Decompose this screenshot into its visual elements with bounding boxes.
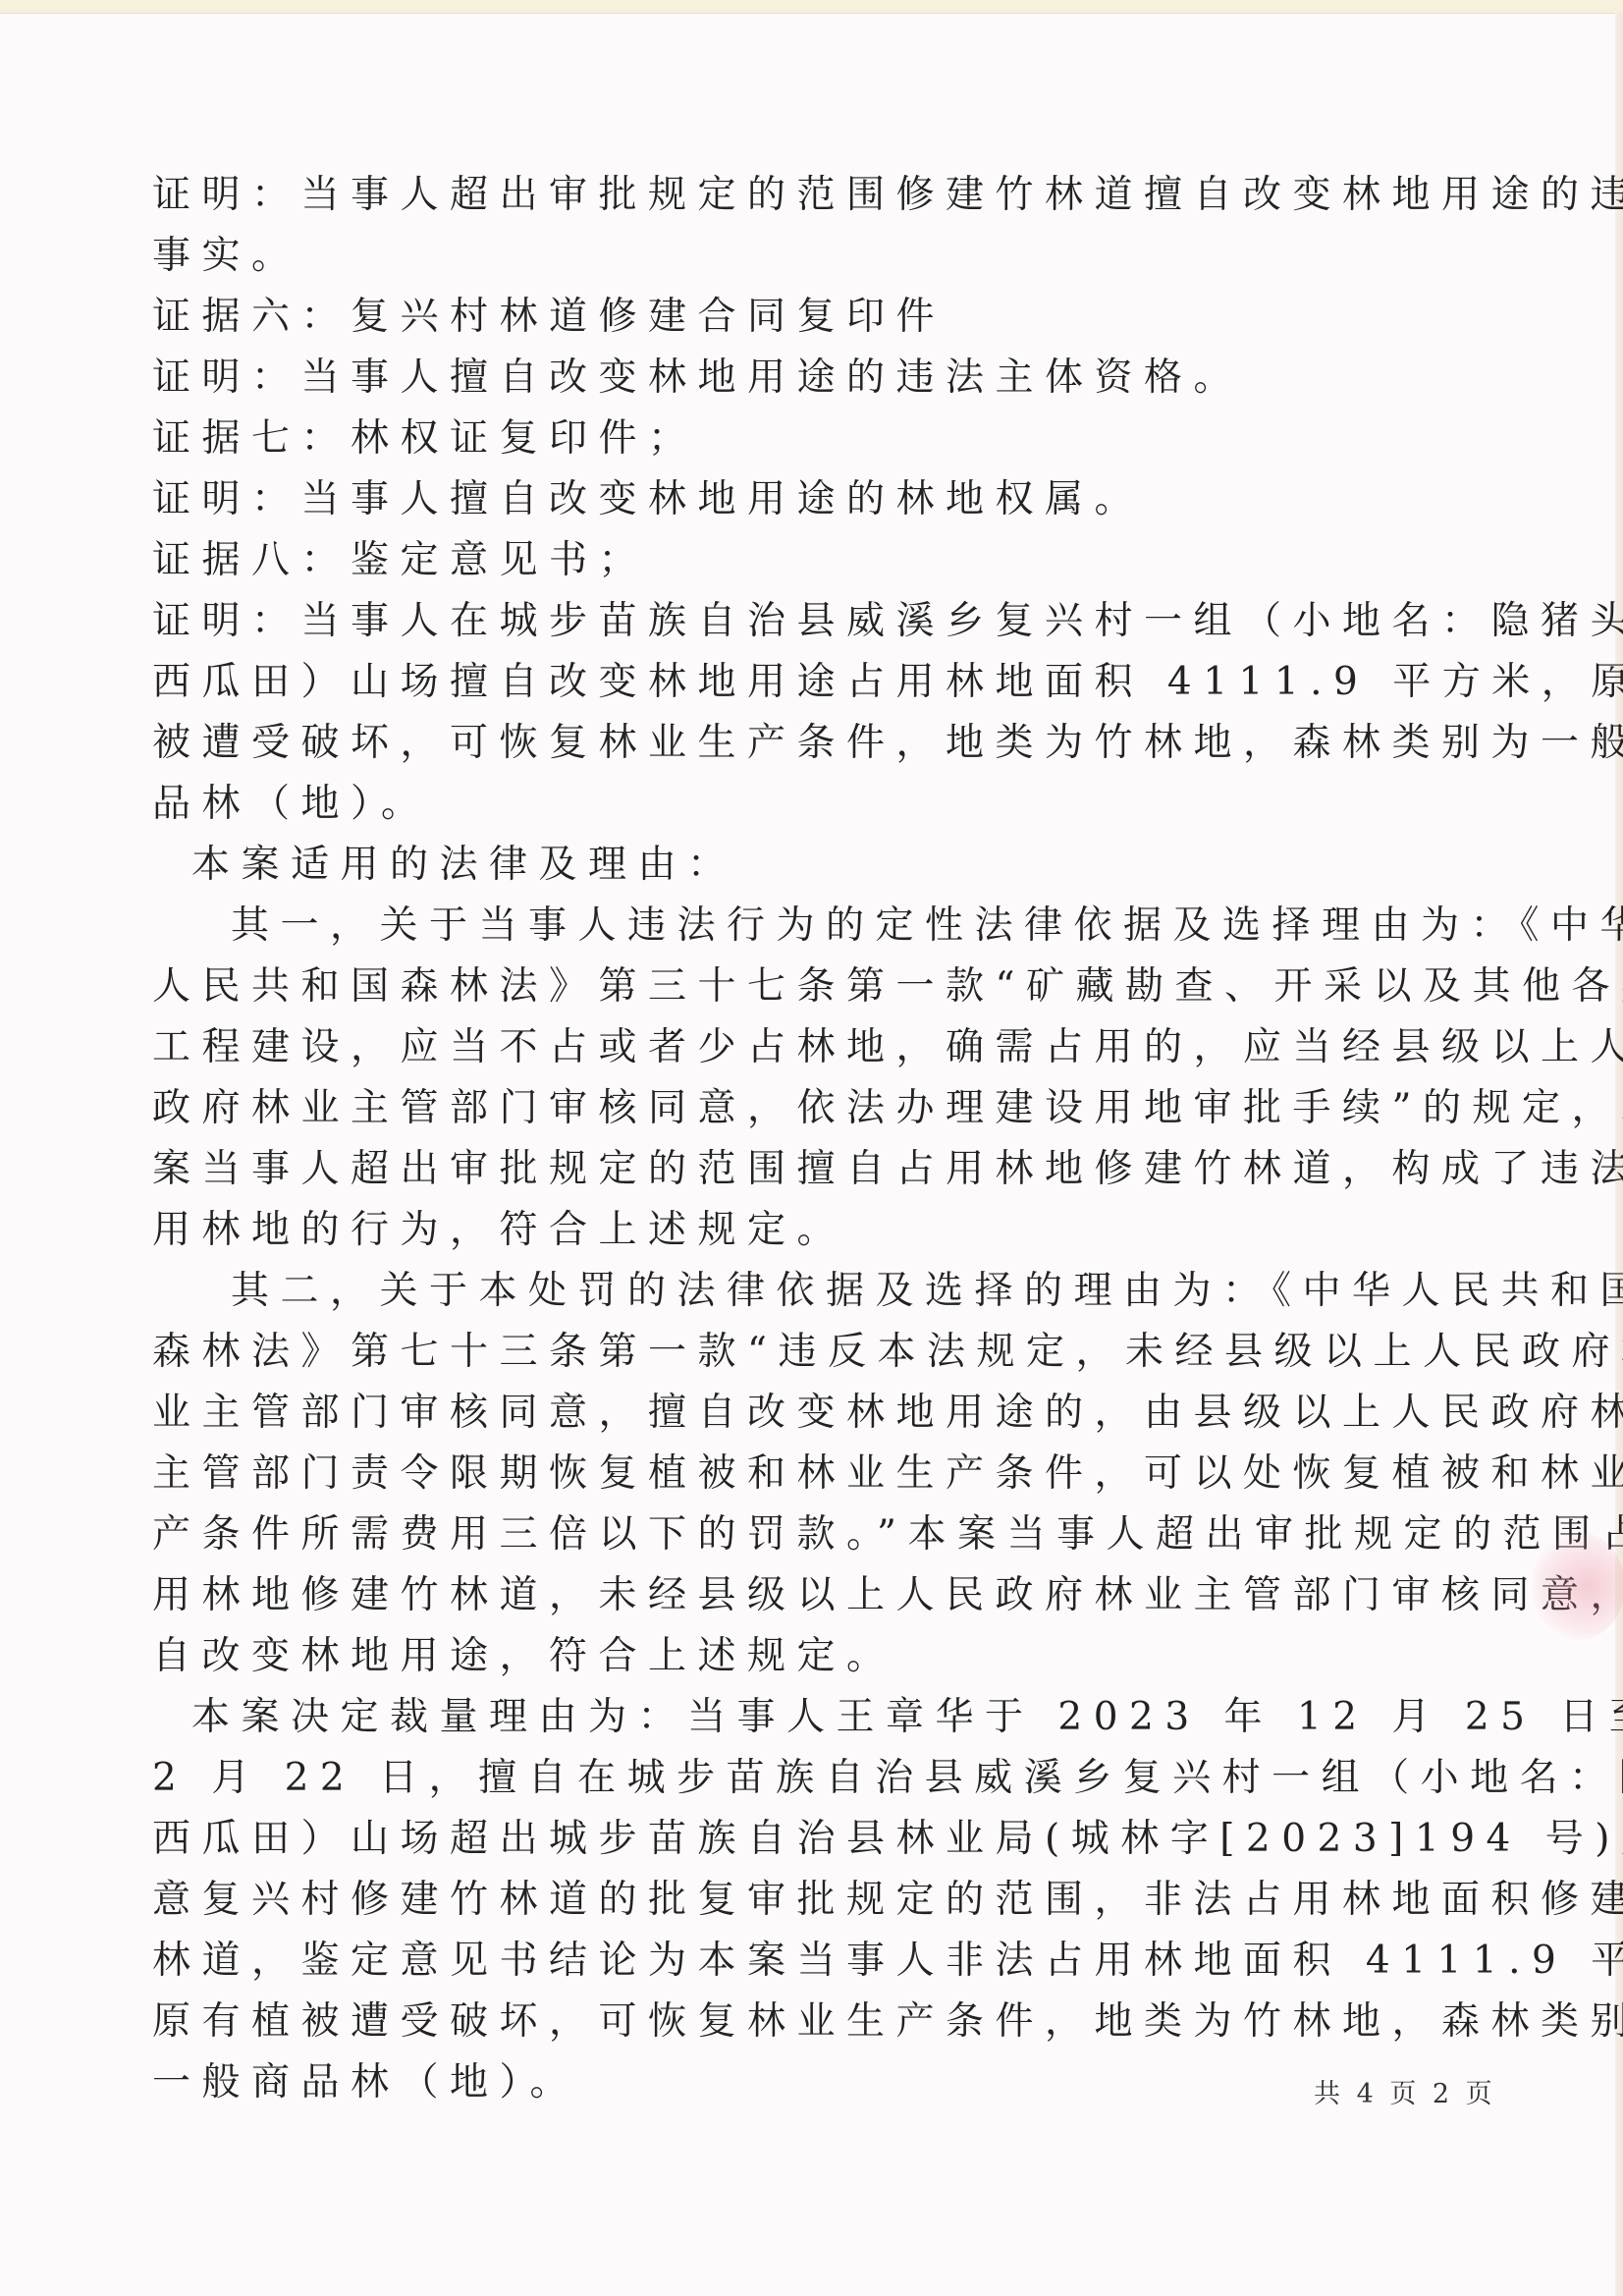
text-line: 产条件所需费用三倍以下的罚款。”本案当事人超出审批规定的范围占	[152, 1504, 1507, 1565]
text-line: 一般商品林（地）。	[152, 2052, 1507, 2113]
text-line: 其一，关于当事人违法行为的定性法律依据及选择理由为：《中华	[152, 896, 1507, 957]
text-line: 用林地的行为，符合上述规定。	[152, 1200, 1507, 1261]
text-line: 林道，鉴定意见书结论为本案当事人非法占用林地面积 4111.9 平方米，	[152, 1931, 1507, 1992]
text-line: 证明：当事人擅自改变林地用途的林地权属。	[152, 469, 1507, 530]
text-line: 事实。	[152, 226, 1507, 287]
text-line: 证明：当事人擅自改变林地用途的违法主体资格。	[152, 348, 1507, 409]
page-number: 共 4 页 2 页	[1314, 2072, 1496, 2110]
text-line: 主管部门责令限期恢复植被和林业生产条件，可以处恢复植被和林业生	[152, 1444, 1507, 1504]
evidence-7-heading: 证据七：林权证复印件；	[152, 409, 1507, 469]
text-line: 证明：当事人在城步苗族自治县威溪乡复兴村一组（小地名：隐猪头、	[152, 591, 1507, 652]
text-line: 案当事人超出审批规定的范围擅自占用林地修建竹林道，构成了违法使	[152, 1139, 1507, 1200]
evidence-6-heading: 证据六：复兴村林道修建合同复印件	[152, 287, 1507, 348]
text-line: 森林法》第七十三条第一款“违反本法规定，未经县级以上人民政府林	[152, 1322, 1507, 1383]
text-line: 品林（地）。	[152, 774, 1507, 835]
scan-top-edge	[0, 0, 1623, 14]
text-line: 原有植被遭受破坏，可恢复林业生产条件，地类为竹林地，森林类别为	[152, 1992, 1507, 2052]
text-line: 政府林业主管部门审核同意，依法办理建设用地审批手续”的规定，本	[152, 1078, 1507, 1139]
text-line: 工程建设，应当不占或者少占林地，确需占用的，应当经县级以上人民	[152, 1017, 1507, 1078]
applicable-law-heading: 本案适用的法律及理由：	[152, 835, 1507, 896]
text-line: 西瓜田）山场超出城步苗族自治县林业局(城林字[2023]194 号)关于同	[152, 1809, 1507, 1870]
text-line: 意复兴村修建竹林道的批复审批规定的范围，非法占用林地面积修建竹	[152, 1870, 1507, 1931]
text-line: 其二，关于本处罚的法律依据及选择的理由为：《中华人民共和国	[152, 1261, 1507, 1322]
text-line: 人民共和国森林法》第三十七条第一款“矿藏勘查、开采以及其他各类	[152, 957, 1507, 1017]
document-body: 证明：当事人超出审批规定的范围修建竹林道擅自改变林地用途的违法 事实。 证据六：…	[152, 165, 1507, 2113]
text-line: 证明：当事人超出审批规定的范围修建竹林道擅自改变林地用途的违法	[152, 165, 1507, 226]
fingerprint-mark	[1532, 1532, 1623, 1640]
text-line: 自改变林地用途，符合上述规定。	[152, 1626, 1507, 1687]
discretion-reason-heading: 本案决定裁量理由为：当事人王章华于 2023 年 12 月 25 日至 2024…	[152, 1687, 1507, 1748]
text-line: 业主管部门审核同意，擅自改变林地用途的，由县级以上人民政府林业	[152, 1383, 1507, 1444]
evidence-8-heading: 证据八：鉴定意见书；	[152, 530, 1507, 591]
text-line: 用林地修建竹林道，未经县级以上人民政府林业主管部门审核同意，擅	[152, 1565, 1507, 1626]
text-line: 被遭受破坏，可恢复林业生产条件，地类为竹林地，森林类别为一般商	[152, 713, 1507, 774]
text-line: 西瓜田）山场擅自改变林地用途占用林地面积 4111.9 平方米，原有植	[152, 652, 1507, 713]
text-line: 2 月 22 日，擅自在城步苗族自治县威溪乡复兴村一组（小地名：隐猪头、	[152, 1748, 1507, 1809]
